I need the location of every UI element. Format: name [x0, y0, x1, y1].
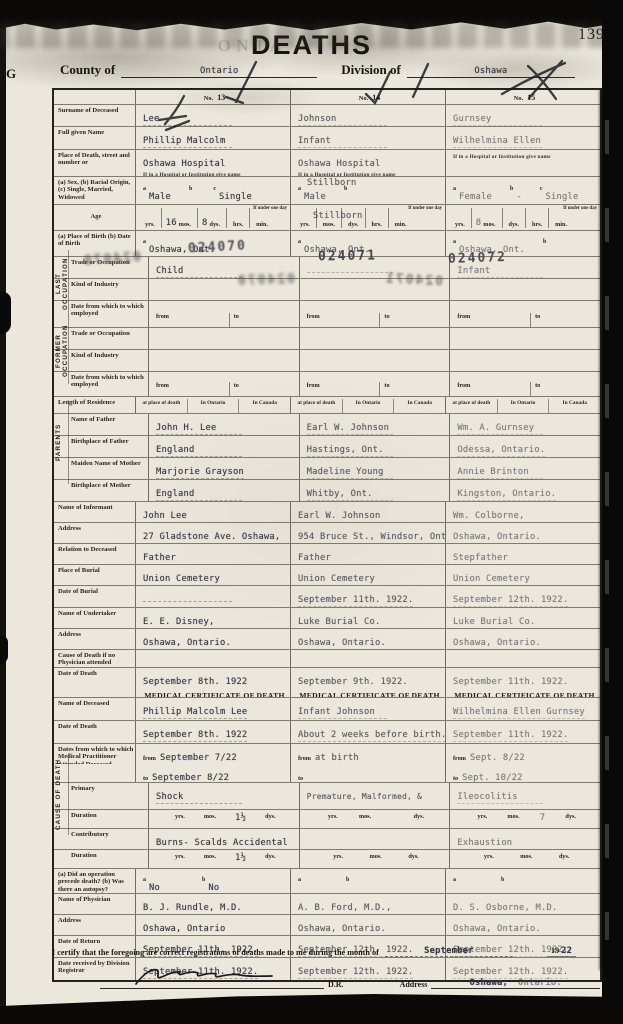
- undertaker-14: Luke Burial Co.: [290, 608, 445, 628]
- registrar-signature: [100, 964, 324, 989]
- row-burial-date: Date of Burial September 11th. 1922. Sep…: [54, 585, 600, 607]
- father-14: Earl W. Johnson: [299, 414, 450, 435]
- father-birthplace-14: Hastings, Ont.: [299, 436, 450, 457]
- registration-form-table: LAST OCCUPATION FORMER OCCUPATION PARENT…: [52, 88, 602, 982]
- date-of-death-14: September 9th. 1922.MEDICAL CERTIFICATE …: [290, 668, 445, 697]
- attended-to-15: to Sept. 10/22: [445, 764, 600, 782]
- registration-stamp-14: 024071: [318, 248, 377, 264]
- row-record-numbers: No.13 No.14 No.15: [54, 90, 600, 104]
- former-industry-14: [299, 350, 450, 371]
- attended-from-13: from September 7/22: [135, 744, 290, 764]
- sex-status-14: Stillborn aMale b: [290, 177, 445, 204]
- date-of-death-13: September 8th. 1922MEDICAL CERTIFICATE O…: [135, 668, 290, 697]
- row-informant: Name of Informant John Lee Earl W. Johns…: [54, 501, 600, 522]
- label-attended: Dates from which to which Medical Practi…: [54, 744, 135, 764]
- label-informant-address: Address: [54, 523, 135, 543]
- row-cert-date-of-death: Date of Death September 8th. 1922 About …: [54, 720, 600, 743]
- row-physician: Name of Physician B. J. Rundle, M.D. A. …: [54, 893, 600, 914]
- burial-date-15: September 12th. 1922.: [445, 586, 600, 607]
- primary-duration-13: yrs.mos.1½dys.: [148, 810, 299, 828]
- primary-duration-14: yrs.mos.dys.: [299, 810, 450, 828]
- label-sex-status: (a) Sex, (b) Racial Origin, (c) Single, …: [54, 177, 135, 204]
- label-last-industry: Kind of Industry: [54, 279, 148, 300]
- row-former-industry: Kind of Industry: [54, 349, 600, 371]
- mother-15: Annie Brinton: [449, 458, 600, 479]
- age-15: If under one day yrs. 8mos. dys. hrs. mi…: [445, 205, 600, 230]
- label-primary: Primary: [54, 783, 148, 809]
- label-age: Age: [54, 205, 135, 230]
- scan-edge-right: [602, 0, 623, 1024]
- operation-autopsy-14: a b: [290, 869, 445, 893]
- undertaker-address-13: Oshawa, Ontario.: [135, 629, 290, 649]
- label-former-industry: Kind of Industry: [54, 350, 148, 371]
- label-contributory: Contributory: [54, 829, 148, 849]
- dr-label: D.R.: [328, 980, 344, 989]
- label-undertaker-address: Address: [54, 629, 135, 649]
- record-number-13: No.13: [135, 90, 290, 104]
- contributory-13: Burns- Scalds Accidental: [148, 829, 299, 849]
- cause-header-14: [290, 650, 445, 667]
- last-employed-15: fromto: [449, 301, 600, 327]
- given-name-15: Wilhelmina Ellen: [445, 127, 600, 149]
- surname-13: Lee: [135, 105, 290, 126]
- footer-certification: I certify that the foregoing are correct…: [52, 946, 600, 989]
- contributory-14: [299, 829, 450, 849]
- label-former-trade: Trade or Occupation: [54, 328, 148, 349]
- label-former-employed: Date from which to which employed: [54, 372, 148, 396]
- contributory-15: Exhaustion: [449, 829, 600, 849]
- undertaker-address-15: Oshawa, Ontario.: [445, 629, 600, 649]
- row-attended-to: to September 8/22 to to Sept. 10/22: [54, 764, 600, 782]
- label-contributory-duration: Duration: [54, 850, 148, 868]
- primary-14: Premature, Malformed, & dead in utero ab…: [299, 783, 450, 809]
- former-trade-15: [449, 328, 600, 349]
- row-contributory-duration: Duration yrs.mos.1½dys. yrs.mos.dys. yrs…: [54, 849, 600, 868]
- surname-14: Johnson: [290, 105, 445, 126]
- certification-year: 19 22: [547, 946, 576, 957]
- division-label: Division of: [341, 62, 401, 78]
- scanned-death-register-page: 139 ONTA DEATHS G County of Ontario Divi…: [0, 0, 623, 1024]
- row-attended-from: Dates from which to which Medical Practi…: [54, 743, 600, 764]
- residence-13: at place of deathIn OntarioIn Canada: [135, 397, 290, 413]
- informant-13: John Lee: [135, 502, 290, 522]
- label-father-birthplace: Birthplace of Father: [54, 436, 148, 457]
- label-primary-duration: Duration: [54, 810, 148, 828]
- label-last-employed: Date from which to which employed: [54, 301, 148, 327]
- scan-blot-left-upper: [0, 292, 11, 334]
- physician-address-14: Oshawa, Ontario.: [290, 915, 445, 935]
- label-cause-header: Cause of Death if no Physician attended: [54, 650, 135, 667]
- label-physician: Name of Physician: [54, 894, 135, 914]
- stillborn-note: Stillborn: [307, 178, 356, 188]
- cert-dod-14: About 2 weeks before birth.: [290, 721, 445, 743]
- cause-header-13: [135, 650, 290, 667]
- undertaker-13: E. E. Disney,: [135, 608, 290, 628]
- informant-14: Earl W. Johnson: [290, 502, 445, 522]
- surname-15: Gurnsey: [445, 105, 600, 126]
- row-surname: Surname of Deceased Lee Johnson Gurnsey: [54, 104, 600, 126]
- row-place-of-death: Place of Death, street and number or Osh…: [54, 149, 600, 176]
- mother-birthplace-15: Kingston, Ontario.: [449, 480, 600, 501]
- relation-14: Father: [290, 544, 445, 564]
- row-residence: Length of Residence at place of deathIn …: [54, 396, 600, 413]
- row-contributory: Contributory Burns- Scalds Accidental Ex…: [54, 828, 600, 849]
- label-informant: Name of Informant: [54, 502, 135, 522]
- father-13: John H. Lee: [148, 414, 299, 435]
- primary-15: Ileocolitis: [449, 783, 600, 809]
- row-primary-duration: Duration yrs.mos.1½dys. yrs.mos.dys. yrs…: [54, 809, 600, 828]
- informant-address-14: 954 Bruce St., Windsor, Ont.: [290, 523, 445, 543]
- operation-autopsy-15: a b: [445, 869, 600, 893]
- record-number-15: No.15: [445, 90, 600, 104]
- registration-stamp-offset-smudge-14: 024071: [384, 271, 444, 289]
- row-last-employed: Date from which to which employed fromto…: [54, 300, 600, 327]
- row-last-industry: Kind of Industry: [54, 278, 600, 300]
- father-birthplace-13: England: [148, 436, 299, 457]
- physician-13: B. J. Rundle, M.D.: [135, 894, 290, 914]
- place-of-death-14: Oshawa HospitalIf in a Hospital or Insti…: [290, 150, 445, 176]
- row-father: Name of Father John H. Lee Earl W. Johns…: [54, 413, 600, 435]
- label-undertaker: Name of Undertaker: [54, 608, 135, 628]
- former-industry-13: [148, 350, 299, 371]
- label-date-of-death: Date of Death: [54, 668, 135, 697]
- row-age: Age If under one day yrs. 16mos. 8dys. h…: [54, 204, 600, 230]
- label-mother: Maiden Name of Mother: [54, 458, 148, 479]
- burial-date-14: September 11th. 1922.: [290, 586, 445, 607]
- former-employed-15: fromto: [449, 372, 600, 396]
- row-undertaker-address: Address Oshawa, Ontario. Oshawa, Ontario…: [54, 628, 600, 649]
- relation-13: Father: [135, 544, 290, 564]
- row-mother-birthplace: Birthplace of Mother England Whitby, Ont…: [54, 479, 600, 501]
- row-given-name: Full given Name Phillip Malcolm Infant W…: [54, 126, 600, 149]
- row-mother: Maiden Name of Mother Marjorie Grayson M…: [54, 457, 600, 479]
- row-cert-name: Name of Deceased Phillip Malcolm Lee Inf…: [54, 697, 600, 720]
- sex-status-13: aMale b cSingle: [135, 177, 290, 204]
- burial-date-13: [135, 586, 290, 607]
- informant-address-13: 27 Gladstone Ave. Oshawa,: [135, 523, 290, 543]
- mother-14: Madeline Young: [299, 458, 450, 479]
- label-relation: Relation to Deceased: [54, 544, 135, 564]
- cert-name-14: Infant Johnson: [290, 698, 445, 720]
- former-trade-14: [299, 328, 450, 349]
- father-15: Wm. A. Gurnsey: [449, 414, 600, 435]
- informant-15: Wm. Colborne,: [445, 502, 600, 522]
- row-former-employed: Date from which to which employed fromto…: [54, 371, 600, 396]
- label-burial-place: Place of Burial: [54, 565, 135, 585]
- signature-line: D.R. Address Oshawa, Ontario.: [52, 964, 600, 989]
- given-name-13: Phillip Malcolm: [135, 127, 290, 149]
- attended-from-14: from at birth: [290, 744, 445, 764]
- cert-dod-13: September 8th. 1922: [135, 721, 290, 743]
- footer-address-label: Address: [400, 980, 428, 989]
- label-place-of-death: Place of Death, street and number or: [54, 150, 135, 176]
- scan-edge-top-fuzz: [0, 22, 623, 48]
- county-division-line: County of Ontario Division of Oshawa: [60, 62, 600, 78]
- physician-14: A. B. Ford, M.D.,: [290, 894, 445, 914]
- label-given-name: Full given Name: [54, 127, 135, 149]
- row-informant-address: Address 27 Gladstone Ave. Oshawa, 954 Br…: [54, 522, 600, 543]
- county-label: County of: [60, 62, 115, 78]
- row-burial-place: Place of Burial Union Cemetery Union Cem…: [54, 564, 600, 585]
- mother-13: Marjorie Grayson: [148, 458, 299, 479]
- last-employed-14: fromto: [299, 301, 450, 327]
- attended-to-13: to September 8/22: [135, 764, 290, 782]
- label-residence: Length of Residence: [54, 397, 135, 413]
- former-industry-15: [449, 350, 600, 371]
- cert-name-15: Wilhelmina Ellen Gurnsey: [445, 698, 600, 720]
- place-of-death-15: If in a Hospital or Institution give nam…: [445, 150, 600, 176]
- registration-stamp-15: 024072: [448, 250, 507, 267]
- attended-from-15: from Sept. 8/22: [445, 744, 600, 764]
- registration-stamp-offset-smudge-13: 024070: [236, 272, 295, 289]
- father-birthplace-15: Odessa, Ontario.: [449, 436, 600, 457]
- label-mother-birthplace: Birthplace of Mother: [54, 480, 148, 501]
- last-industry-15: [449, 279, 600, 300]
- cert-name-13: Phillip Malcolm Lee: [135, 698, 290, 720]
- division-value: Oshawa: [407, 66, 575, 78]
- row-physician-address: Address Oshawa, Ontario Oshawa, Ontario.…: [54, 914, 600, 935]
- row-operation-autopsy: (a) Did an operation precede death? (b) …: [54, 868, 600, 893]
- physician-address-13: Oshawa, Ontario: [135, 915, 290, 935]
- certification-text: I certify that the foregoing are correct…: [52, 948, 379, 957]
- certification-line: I certify that the foregoing are correct…: [52, 946, 600, 957]
- row-date-of-death: Date of Death September 8th. 1922MEDICAL…: [54, 667, 600, 697]
- label-surname: Surname of Deceased: [54, 105, 135, 126]
- former-employed-14: fromto: [299, 372, 450, 396]
- label-burial-date: Date of Burial: [54, 586, 135, 607]
- residence-15: at place of deathIn OntarioIn Canada: [445, 397, 600, 413]
- label-father: Name of Father: [54, 414, 148, 435]
- cert-dod-15: September 11th. 1922.: [445, 721, 600, 743]
- physician-address-15: Oshawa, Ontario.: [445, 915, 600, 935]
- burial-place-13: Union Cemetery: [135, 565, 290, 585]
- residence-14: at place of deathIn OntarioIn Canada: [290, 397, 445, 413]
- burial-place-15: Union Cemetery: [445, 565, 600, 585]
- former-employed-13: fromto: [148, 372, 299, 396]
- margin-letter: G: [6, 66, 16, 82]
- contributory-duration-14: yrs.mos.dys.: [299, 850, 450, 868]
- mother-birthplace-14: Whitby, Ont.: [299, 480, 450, 501]
- physician-15: D. S. Osborne, M.D.: [445, 894, 600, 914]
- last-employed-13: fromto: [148, 301, 299, 327]
- contributory-duration-13: yrs.mos.1½dys.: [148, 850, 299, 868]
- certification-month: September: [385, 946, 513, 957]
- attended-to-14: to: [290, 764, 445, 782]
- relation-15: Stepfather: [445, 544, 600, 564]
- row-father-birthplace: Birthplace of Father England Hastings, O…: [54, 435, 600, 457]
- row-primary-cause: Primary Shock Premature, Malformed, & de…: [54, 782, 600, 809]
- label-cert-name: Name of Deceased: [54, 698, 135, 720]
- label-cert-date-of-death: Date of Death: [54, 721, 135, 743]
- burial-place-14: Union Cemetery: [290, 565, 445, 585]
- row-undertaker: Name of Undertaker E. E. Disney, Luke Bu…: [54, 607, 600, 628]
- undertaker-15: Luke Burial Co.: [445, 608, 600, 628]
- scan-blot-left-lower: [0, 636, 8, 664]
- row-relation: Relation to Deceased Father Father Stepf…: [54, 543, 600, 564]
- place-of-death-13: Oshawa HospitalIf in a Hospital or Insti…: [135, 150, 290, 176]
- former-trade-13: [148, 328, 299, 349]
- signature-stroke: [100, 964, 324, 988]
- primary-duration-15: yrs.mos.7dys.: [449, 810, 600, 828]
- undertaker-address-14: Oshawa, Ontario.: [290, 629, 445, 649]
- record-number-14: No.14: [290, 90, 445, 104]
- county-value: Ontario: [121, 66, 317, 78]
- age-13: If under one day yrs. 16mos. 8dys. hrs. …: [135, 205, 290, 230]
- contributory-duration-15: yrs.mos.dys.: [449, 850, 600, 868]
- row-sex-status: (a) Sex, (b) Racial Origin, (c) Single, …: [54, 176, 600, 204]
- primary-13: Shock: [148, 783, 299, 809]
- given-name-14: Infant: [290, 127, 445, 149]
- operation-autopsy-13: aNo bNo: [135, 869, 290, 893]
- date-of-death-15: September 11th. 1922.MEDICAL CERTIFICATE…: [445, 668, 600, 697]
- mother-birthplace-13: England: [148, 480, 299, 501]
- row-former-trade: Trade or Occupation: [54, 327, 600, 349]
- age-14: If under one day Stillborn yrs. mos. dys…: [290, 205, 445, 230]
- stillborn-age-note: Stillborn: [313, 211, 362, 221]
- label-physician-address: Address: [54, 915, 135, 935]
- sex-status-15: aFemale b- cSingle: [445, 177, 600, 204]
- cause-header-15: [445, 650, 600, 667]
- row-cause-header: Cause of Death if no Physician attended: [54, 649, 600, 667]
- label-operation-autopsy: (a) Did an operation precede death? (b) …: [54, 869, 135, 893]
- registration-stamp-13: 024070: [188, 238, 248, 256]
- footer-address-value: Oshawa, Ontario.: [431, 978, 600, 989]
- informant-address-15: Oshawa, Ontario.: [445, 523, 600, 543]
